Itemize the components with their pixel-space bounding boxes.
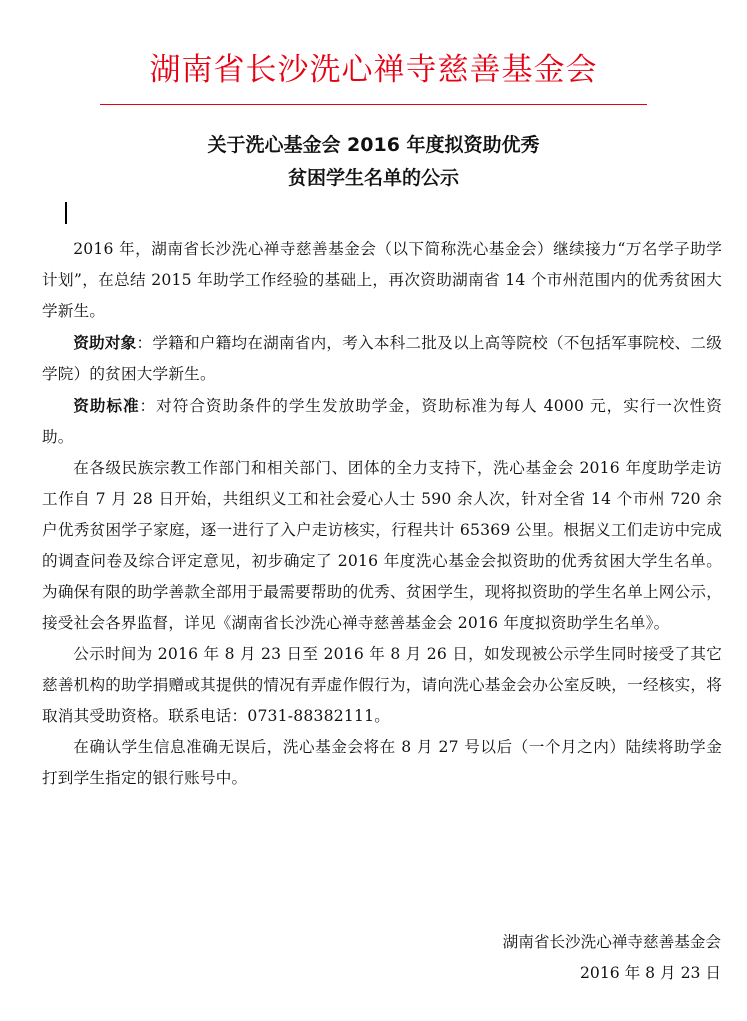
signature-organization: 湖南省长沙洗心禅寺慈善基金会: [503, 927, 721, 958]
document-title-line-2: 贫困学生名单的公示: [0, 162, 747, 195]
paragraph-visits: 在各级民族宗教工作部门和相关部门、团体的全力支持下，洗心基金会 2016 年度助…: [42, 453, 722, 639]
paragraph-intro: 2016 年，湖南省长沙洗心禅寺慈善基金会（以下简称洗心基金会）继续接力“万名学…: [42, 234, 722, 327]
funding-standard-label: 资助标准: [73, 396, 139, 415]
signature-date: 2016 年 8 月 23 日: [503, 958, 721, 989]
letterhead-red-divider: [100, 104, 647, 105]
document-title-line-1: 关于洗心基金会 2016 年度拟资助优秀: [0, 129, 747, 162]
funding-standard-text: ：对符合资助条件的学生发放助学金，资助标准为每人 4000 元，实行一次性资助。: [42, 397, 722, 446]
organization-letterhead: 湖南省长沙洗心禅寺慈善基金会: [0, 50, 747, 90]
signature-block: 湖南省长沙洗心禅寺慈善基金会 2016 年 8 月 23 日: [503, 927, 721, 989]
document-body: 2016 年，湖南省长沙洗心禅寺慈善基金会（以下简称洗心基金会）继续接力“万名学…: [42, 234, 722, 794]
funding-target-label: 资助对象: [73, 333, 136, 352]
paragraph-funding-standard: 资助标准：对符合资助条件的学生发放助学金，资助标准为每人 4000 元，实行一次…: [42, 390, 722, 453]
text-cursor: [65, 202, 67, 224]
paragraph-disbursement: 在确认学生信息准确无误后，洗心基金会将在 8 月 27 号以后（一个月之内）陆续…: [42, 732, 722, 794]
paragraph-notice-period: 公示时间为 2016 年 8 月 23 日至 2016 年 8 月 26 日，如…: [42, 639, 722, 732]
funding-target-text: ：学籍和户籍均在湖南省内，考入本科二批及以上高等院校（不包括军事院校、二级学院）…: [42, 334, 722, 383]
paragraph-funding-target: 资助对象：学籍和户籍均在湖南省内，考入本科二批及以上高等院校（不包括军事院校、二…: [42, 327, 722, 390]
document-title: 关于洗心基金会 2016 年度拟资助优秀 贫困学生名单的公示: [0, 129, 747, 195]
